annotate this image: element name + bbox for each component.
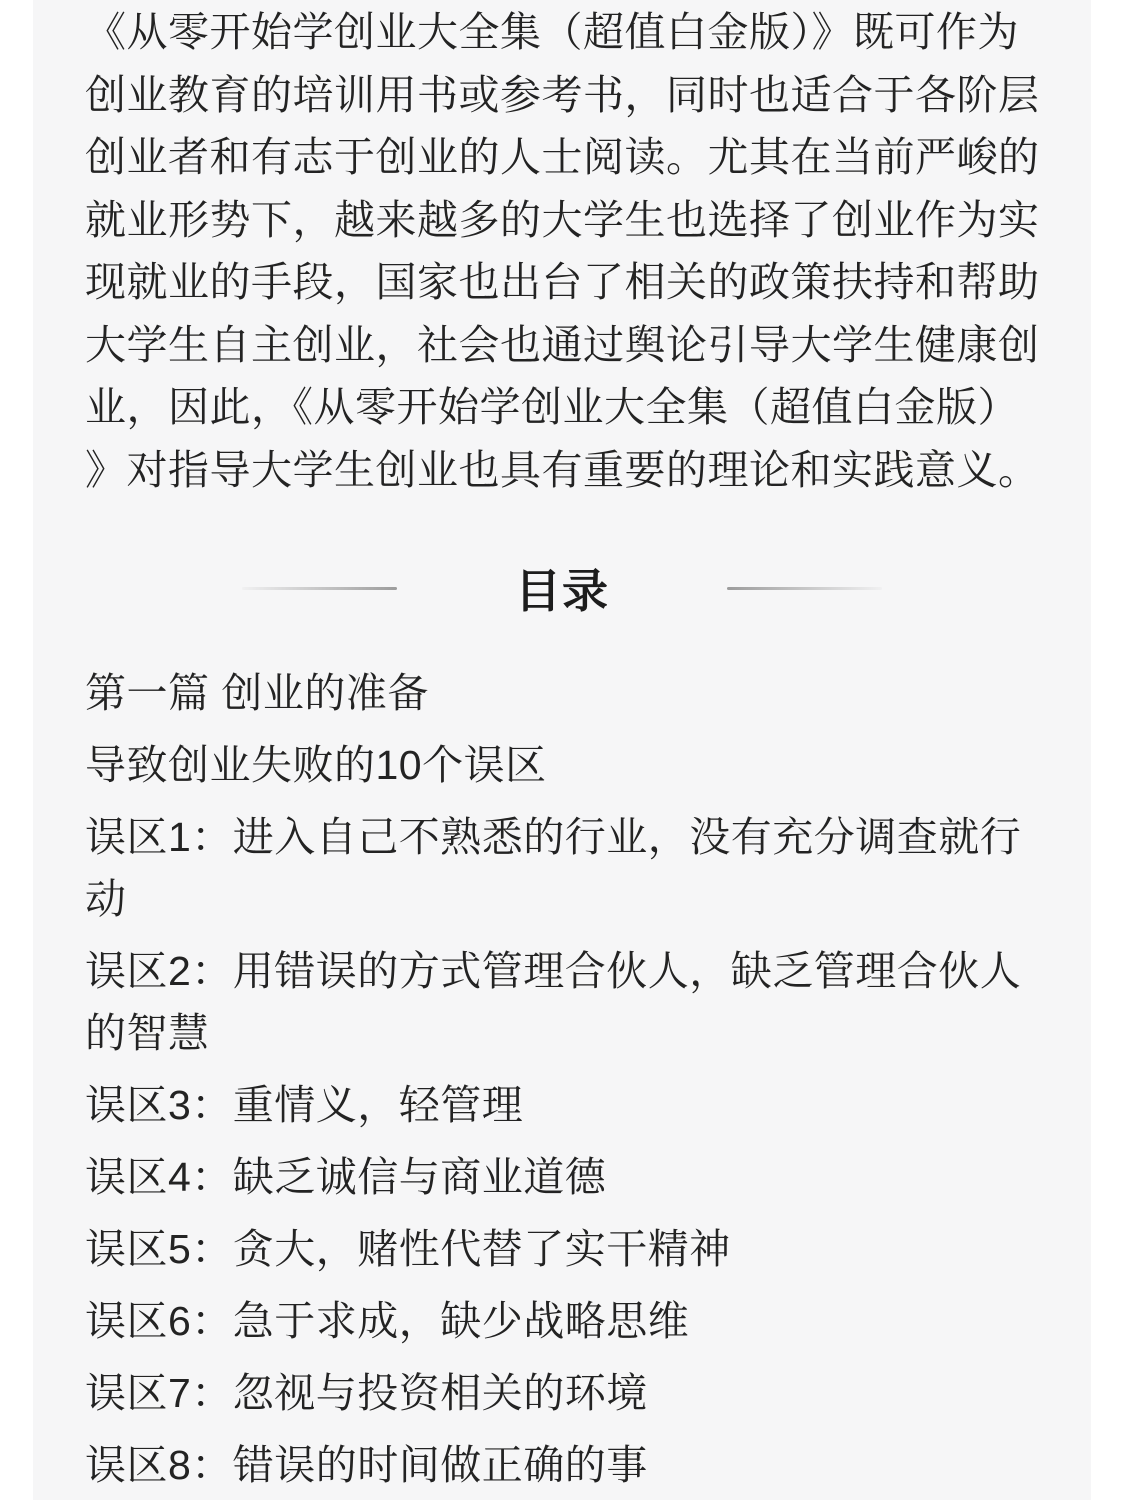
toc-entry-mistake-3: 误区3：重情义，轻管理 — [85, 1074, 1039, 1136]
toc-list: 第一篇 创业的准备 导致创业失败的10个误区 误区1：进入自己不熟悉的行业，没有… — [85, 662, 1039, 1496]
toc-entry-mistake-8: 误区8：错误的时间做正确的事 — [85, 1434, 1039, 1496]
toc-entry-mistake-7: 误区7：忽视与投资相关的环境 — [85, 1362, 1039, 1424]
intro-paragraph: 《从零开始学创业大全集（超值白金版）》既可作为 创业教育的培训用书或参考书，同时… — [85, 0, 1039, 501]
intro-text-line: 创业教育的培训用书或参考书，同时也适合于各阶层 — [85, 64, 1039, 127]
toc-entry-mistake-5: 误区5：贪大，赌性代替了实干精神 — [85, 1218, 1039, 1280]
intro-text-line: 大学生自主创业，社会也通过舆论引导大学生健康创 — [85, 314, 1039, 377]
toc-entry-mistake-6: 误区6：急于求成，缺少战略思维 — [85, 1290, 1039, 1352]
intro-text-line: 创业者和有志于创业的人士阅读。尤其在当前严峻的 — [85, 126, 1039, 189]
toc-entry-mistake-1: 误区1：进入自己不熟悉的行业，没有充分调查就行动 — [85, 806, 1039, 930]
toc-entry-section-title: 导致创业失败的10个误区 — [85, 734, 1039, 796]
heading-divider-left-line — [242, 587, 397, 590]
heading-divider-right-line — [727, 587, 882, 590]
toc-heading-title: 目录 — [515, 555, 609, 621]
intro-text-line: 就业形势下，越来越多的大学生也选择了创业作为实 — [85, 189, 1039, 252]
description-panel: 《从零开始学创业大全集（超值白金版）》既可作为 创业教育的培训用书或参考书，同时… — [33, 0, 1091, 1500]
intro-text-line: 现就业的手段，国家也出台了相关的政策扶持和帮助 — [85, 251, 1039, 314]
intro-text-line: 业，因此，《从零开始学创业大全集（超值白金版） — [85, 376, 1039, 439]
toc-entry-mistake-2: 误区2：用错误的方式管理合伙人，缺乏管理合伙人的智慧 — [85, 940, 1039, 1064]
toc-entry-part-title: 第一篇 创业的准备 — [85, 662, 1039, 724]
book-description-page: { "page": { "colors": { "background": "#… — [0, 0, 1125, 1500]
toc-header: 目录 — [85, 557, 1039, 619]
intro-text-line: 《从零开始学创业大全集（超值白金版）》既可作为 — [85, 1, 1039, 64]
intro-text-line: 》对指导大学生创业也具有重要的理论和实践意义。 — [85, 439, 1039, 502]
toc-entry-mistake-4: 误区4：缺乏诚信与商业道德 — [85, 1146, 1039, 1208]
